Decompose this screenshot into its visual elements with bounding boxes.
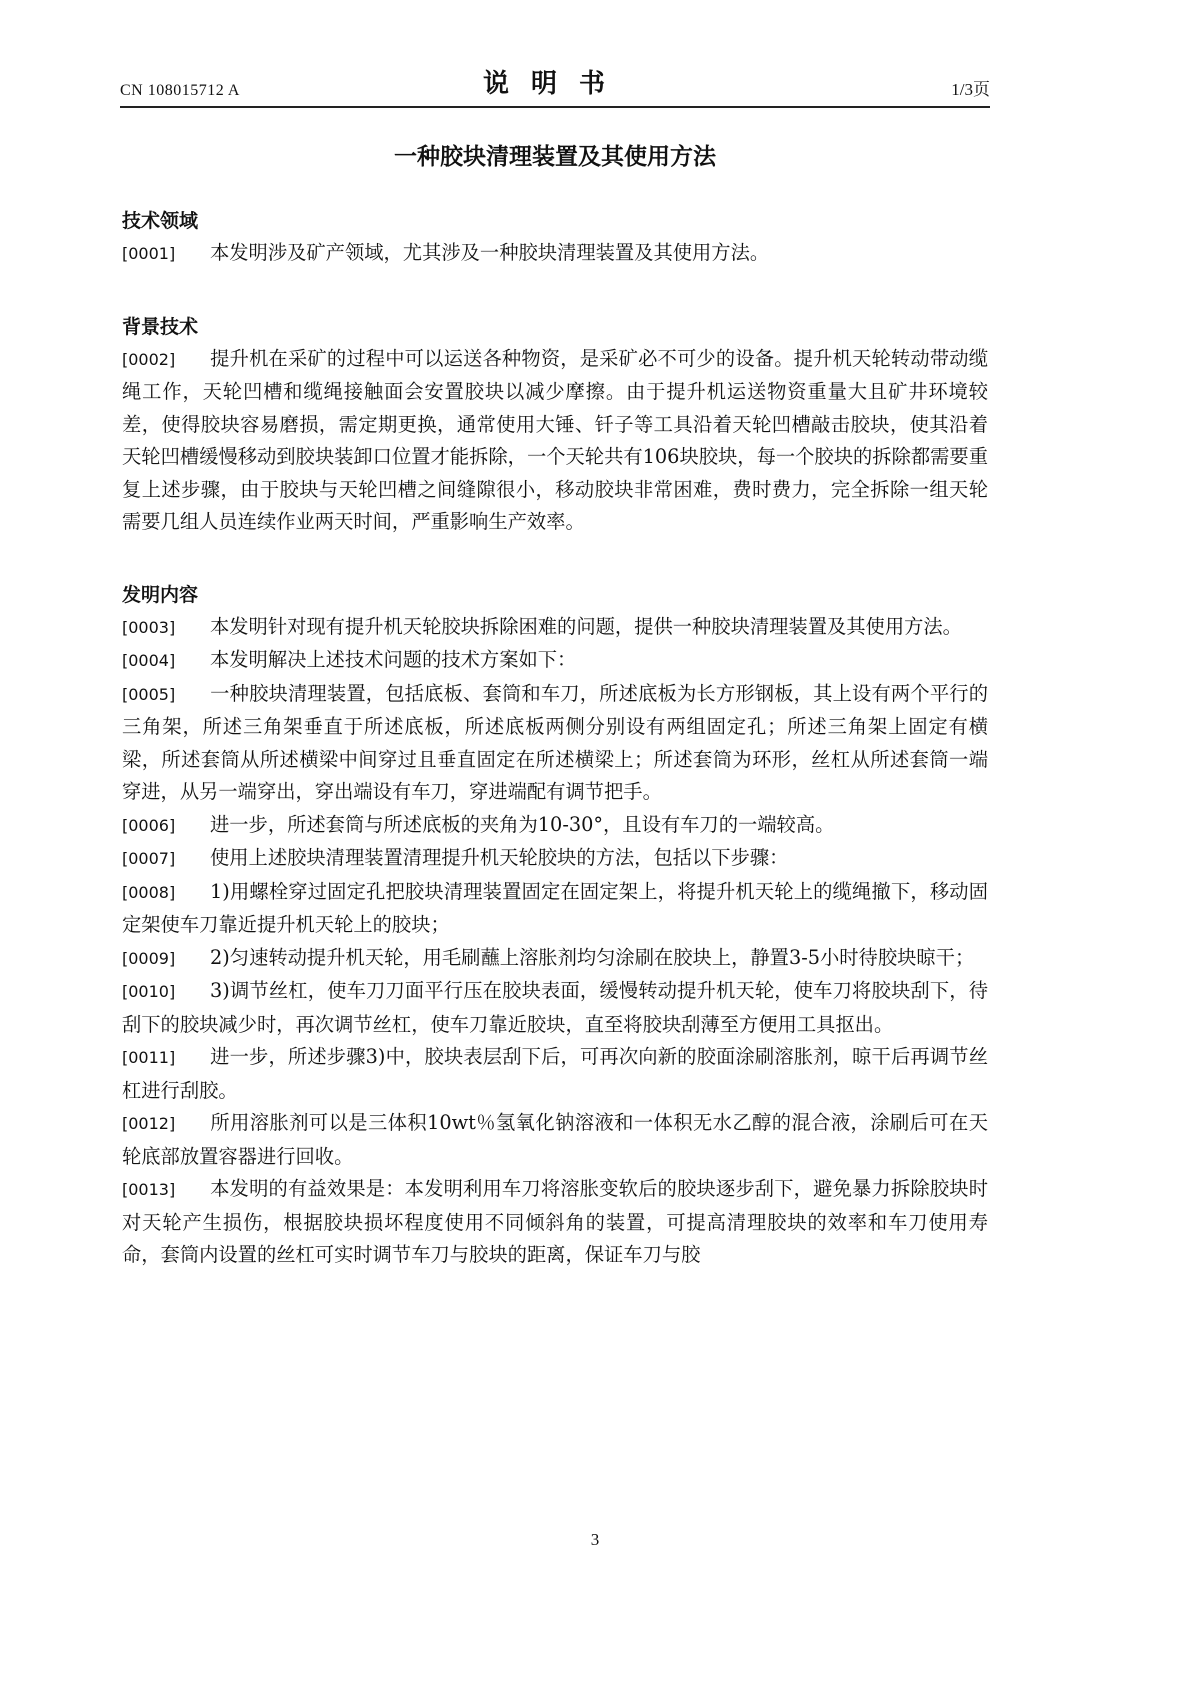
section-heading-technical-field: 技术领域	[122, 205, 988, 237]
paragraph-number: [0003]	[122, 612, 210, 645]
invention-title: 一种胶块清理装置及其使用方法	[120, 138, 990, 171]
page-header: CN 108015712 A 说明书 1/3页	[120, 62, 990, 108]
page-indicator: 1/3页	[951, 75, 990, 100]
paragraph-0009: [0009]2)匀速转动提升机天轮，用毛刷蘸上溶胀剂均匀涂刷在胶块上，静置3-5…	[122, 942, 988, 976]
paragraph-number: [0011]	[122, 1042, 210, 1075]
paragraph-text: 一种胶块清理装置，包括底板、套筒和车刀，所述底板为长方形钢板，其上设有两个平行的…	[122, 682, 988, 804]
paragraph-0012: [0012]所用溶胀剂可以是三体积10wt％氢氧化钠溶液和一体积无水乙醇的混合液…	[122, 1107, 988, 1173]
paragraph-0002: [0002]提升机在采矿的过程中可以运送各种物资，是采矿必不可少的设备。提升机天…	[122, 343, 988, 539]
paragraph-0011: [0011]进一步，所述步骤3)中，胶块表层刮下后，可再次向新的胶面涂刷溶胀剂，…	[122, 1041, 988, 1107]
paragraph-0004: [0004]本发明解决上述技术问题的技术方案如下：	[122, 644, 988, 678]
paragraph-0010: [0010]3)调节丝杠，使车刀刀面平行压在胶块表面，缓慢转动提升机天轮，使车刀…	[122, 975, 988, 1041]
paragraph-number: [0008]	[122, 877, 210, 910]
paragraph-text: 3)调节丝杠，使车刀刀面平行压在胶块表面，缓慢转动提升机天轮，使车刀将胶块刮下，…	[122, 979, 988, 1036]
paragraph-number: [0002]	[122, 344, 210, 377]
paragraph-0007: [0007]使用上述胶块清理装置清理提升机天轮胶块的方法，包括以下步骤：	[122, 842, 988, 876]
paragraph-text: 提升机在采矿的过程中可以运送各种物资，是采矿必不可少的设备。提升机天轮转动带动缆…	[122, 347, 988, 534]
paragraph-0005: [0005]一种胶块清理装置，包括底板、套筒和车刀，所述底板为长方形钢板，其上设…	[122, 678, 988, 809]
paragraph-number: [0004]	[122, 645, 210, 678]
paragraph-text: 所用溶胀剂可以是三体积10wt％氢氧化钠溶液和一体积无水乙醇的混合液，涂刷后可在…	[122, 1111, 988, 1168]
paragraph-number: [0005]	[122, 679, 210, 712]
paragraph-number: [0009]	[122, 943, 210, 976]
paragraph-text: 本发明的有益效果是：本发明利用车刀将溶胀变软后的胶块逐步刮下，避免暴力拆除胶块时…	[122, 1177, 988, 1266]
paragraph-number: [0007]	[122, 843, 210, 876]
paragraph-number: [0013]	[122, 1174, 210, 1207]
paragraph-number: [0012]	[122, 1108, 210, 1141]
section-heading-summary: 发明内容	[122, 579, 988, 611]
paragraph-number: [0001]	[122, 238, 210, 271]
paragraph-0006: [0006]进一步，所述套筒与所述底板的夹角为10-30°，且设有车刀的一端较高…	[122, 809, 988, 843]
section-heading-background: 背景技术	[122, 311, 988, 343]
paragraph-text: 2)匀速转动提升机天轮，用毛刷蘸上溶胀剂均匀涂刷在胶块上，静置3-5小时待胶块晾…	[210, 946, 974, 969]
paragraph-text: 本发明针对现有提升机天轮胶块拆除困难的问题，提供一种胶块清理装置及其使用方法。	[210, 615, 962, 638]
document-type: 说明书	[120, 63, 990, 100]
paragraph-text: 本发明解决上述技术问题的技术方案如下：	[210, 648, 576, 671]
paragraph-text: 本发明涉及矿产领域，尤其涉及一种胶块清理装置及其使用方法。	[210, 241, 769, 264]
paragraph-text: 进一步，所述套筒与所述底板的夹角为10-30°，且设有车刀的一端较高。	[210, 813, 834, 836]
paragraph-number: [0006]	[122, 810, 210, 843]
paragraph-number: [0010]	[122, 976, 210, 1009]
paragraph-0008: [0008]1)用螺栓穿过固定孔把胶块清理装置固定在固定架上，将提升机天轮上的缆…	[122, 876, 988, 942]
document-body: 技术领域 [0001]本发明涉及矿产领域，尤其涉及一种胶块清理装置及其使用方法。…	[122, 205, 988, 1272]
page-number: 3	[0, 1530, 1190, 1550]
paragraph-text: 进一步，所述步骤3)中，胶块表层刮下后，可再次向新的胶面涂刷溶胀剂，晾干后再调节…	[122, 1045, 988, 1102]
paragraph-0001: [0001]本发明涉及矿产领域，尤其涉及一种胶块清理装置及其使用方法。	[122, 237, 988, 271]
paragraph-text: 1)用螺栓穿过固定孔把胶块清理装置固定在固定架上，将提升机天轮上的缆绳撤下，移动…	[122, 880, 988, 937]
paragraph-0003: [0003]本发明针对现有提升机天轮胶块拆除困难的问题，提供一种胶块清理装置及其…	[122, 611, 988, 645]
paragraph-text: 使用上述胶块清理装置清理提升机天轮胶块的方法，包括以下步骤：	[210, 846, 788, 869]
paragraph-0013: [0013]本发明的有益效果是：本发明利用车刀将溶胀变软后的胶块逐步刮下，避免暴…	[122, 1173, 988, 1272]
